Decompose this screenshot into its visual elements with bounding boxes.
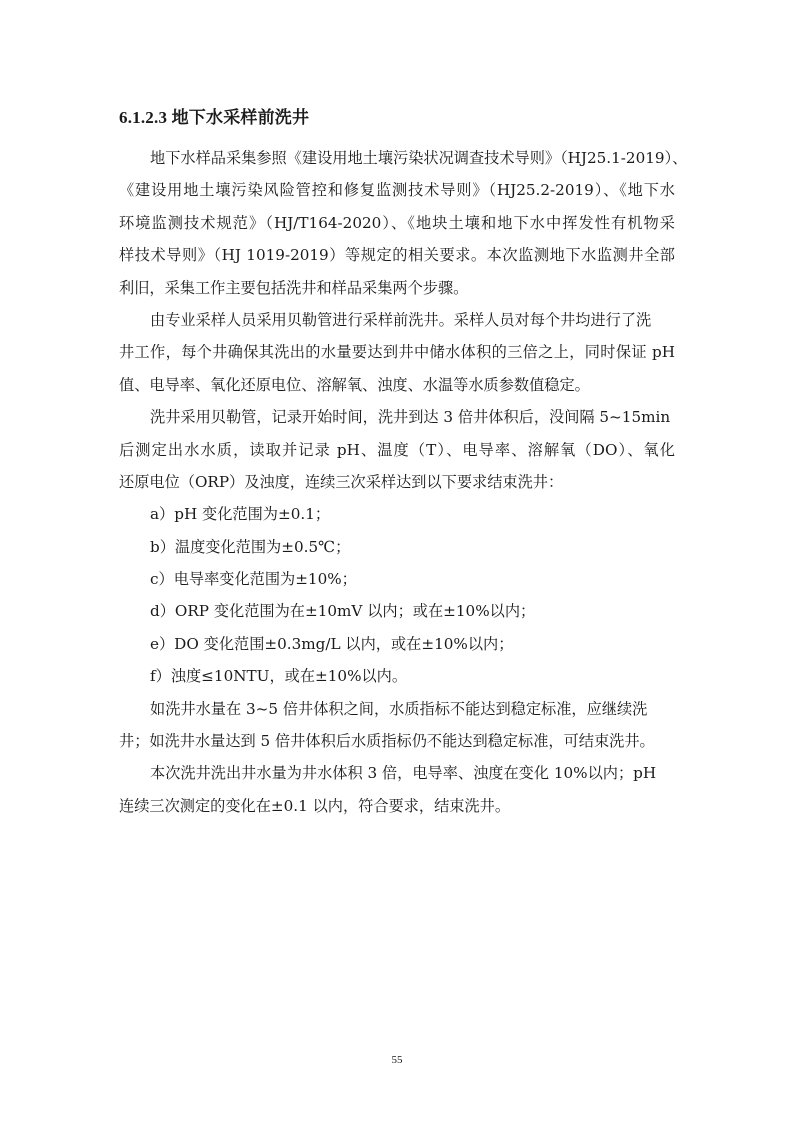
paragraph-line: 洗井采用贝勒管，记录开始时间，洗井到达 3 倍井体积后，没间隔 5~15min	[119, 401, 675, 433]
criteria-item-e: e）DO 变化范围±0.3mg/L 以内，或在±10%以内；	[119, 628, 675, 660]
criteria-item-a: a）pH 变化范围为±0.1；	[119, 498, 675, 530]
section-heading: 6.1.2.3 地下水采样前洗井	[119, 103, 309, 128]
paragraph-line: 利旧，采集工作主要包括洗井和样品采集两个步骤。	[119, 272, 675, 304]
paragraph-line: 值、电导率、氧化还原电位、溶解氧、浊度、水温等水质参数值稳定。	[119, 369, 675, 401]
paragraph-line: 如洗井水量在 3~5 倍井体积之间，水质指标不能达到稳定标准，应继续洗	[119, 693, 675, 725]
criteria-item-f: f）浊度≤10NTU，或在±10%以内。	[119, 660, 675, 692]
paragraph-line: 样技术导则》（HJ 1019-2019）等规定的相关要求。本次监测地下水监测井全…	[119, 239, 675, 271]
paragraph-line: 《建设用地土壤污染风险管控和修复监测技术导则》（HJ25.2-2019）、《地下…	[119, 174, 675, 206]
paragraph-line: 由专业采样人员采用贝勒管进行采样前洗井。采样人员对每个井均进行了洗	[119, 304, 675, 336]
paragraph-line: 后测定出水水质，读取并记录 pH、温度（T）、电导率、溶解氧（DO）、氧化	[119, 434, 675, 466]
paragraph-line: 环境监测技术规范》（HJ/T164-2020）、《地块土壤和地下水中挥发性有机物…	[119, 207, 675, 239]
paragraph-line: 井；如洗井水量达到 5 倍井体积后水质指标仍不能达到稳定标准，可结束洗井。	[119, 725, 675, 757]
paragraph-line: 连续三次测定的变化在±0.1 以内，符合要求，结束洗井。	[119, 790, 675, 822]
body-text: 地下水样品采集参照《建设用地土壤污染状况调查技术导则》（HJ25.1-2019）…	[119, 142, 675, 822]
page-number: 55	[0, 1054, 794, 1066]
paragraph-line: 本次洗井洗出井水量为井水体积 3 倍，电导率、浊度在变化 10%以内；pH	[119, 757, 675, 789]
criteria-item-b: b）温度变化范围为±0.5℃；	[119, 531, 675, 563]
paragraph-line: 井工作，每个井确保其洗出的水量要达到井中储水体积的三倍之上，同时保证 pH	[119, 336, 675, 368]
criteria-item-c: c）电导率变化范围为±10%；	[119, 563, 675, 595]
document-page: 6.1.2.3 地下水采样前洗井 地下水样品采集参照《建设用地土壤污染状况调查技…	[0, 0, 794, 1123]
criteria-item-d: d）ORP 变化范围为在±10mV 以内；或在±10%以内；	[119, 595, 675, 627]
paragraph-line: 地下水样品采集参照《建设用地土壤污染状况调查技术导则》（HJ25.1-2019）…	[119, 142, 675, 174]
paragraph-line: 还原电位（ORP）及浊度，连续三次采样达到以下要求结束洗井：	[119, 466, 675, 498]
